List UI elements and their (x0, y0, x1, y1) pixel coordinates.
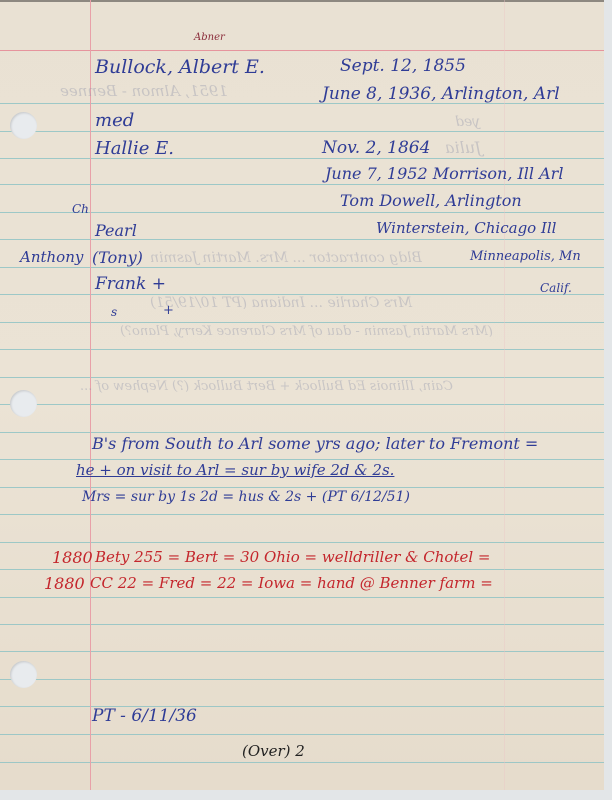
census-year-2: 1880 (44, 576, 85, 592)
bleed-through-text: Cain, Illinois Ed Bullock + Bert Bullock… (80, 380, 453, 393)
anthony-label: Anthony (20, 250, 83, 265)
binder-hole-middle (10, 390, 37, 417)
note-line-3: Mrs = sur by 1s 2d = hus & 2s + (PT 6/12… (82, 490, 410, 504)
census-line-1: Bety 255 = Bert = 30 Ohio = welldriller … (95, 550, 490, 565)
child-frank-residence: Calif. (540, 282, 572, 294)
annotation-abner: Abner (194, 33, 225, 43)
census-line-2: CC 22 = Fred = 22 = Iowa = hand @ Benner… (90, 576, 493, 591)
name-hallie: Hallie E. (95, 140, 174, 158)
child-pearl: Pearl (95, 223, 137, 239)
name-albert: Bullock, Albert E. (95, 58, 265, 77)
bleed-through-text: Mrs Charlie ... Indiana (PT 10/19/51) (150, 296, 412, 310)
left-margin-line (90, 0, 91, 790)
child-s-marker: s (111, 306, 117, 318)
right-faint-margin-line (504, 0, 505, 790)
bleed-through-text: Julia (445, 140, 482, 156)
bleed-through-text: Bldg contractor ... Mrs. Martin Jasmin (150, 251, 422, 265)
birth-date-hallie: Nov. 2, 1864 (322, 140, 430, 157)
notebook-page: 1951, Almon - Bennee yed Julia Bldg cont… (0, 0, 604, 790)
child-frank: Frank + (95, 276, 166, 293)
note-line-1: B's from South to Arl some yrs ago; late… (92, 436, 538, 452)
child-tony-residence: Minneapolis, Mn (470, 250, 581, 263)
married-label: med (95, 112, 134, 130)
bleed-through-text: (Mrs Martin Jasmin - dau of Mrs Clarence… (120, 325, 493, 338)
binder-hole-top (10, 112, 37, 139)
bleed-through-text: 1951, Almon - Bennee (60, 84, 228, 99)
census-year-1: 1880 (52, 550, 93, 566)
child-tony: (Tony) (92, 250, 143, 266)
binder-hole-bottom (10, 661, 37, 688)
over-page-marker: (Over) 2 (242, 744, 305, 759)
note-line-2: he + on visit to Arl = sur by wife 2d & … (76, 463, 394, 478)
source-citation: PT - 6/11/36 (92, 708, 197, 725)
death-date-albert: June 8, 1936, Arlington, Arl (322, 86, 560, 103)
children-label: Ch (72, 203, 89, 215)
birth-date-albert: Sept. 12, 1855 (340, 58, 466, 75)
bleed-through-text: yed (455, 115, 480, 129)
child-pearl-spouse: Tom Dowell, Arlington (340, 193, 522, 209)
death-date-hallie: June 7, 1952 Morrison, Ill Arl (325, 166, 563, 182)
child-pearl-residence: Winterstein, Chicago Ill (376, 221, 556, 236)
child-s-deceased-marker: + (163, 304, 174, 317)
